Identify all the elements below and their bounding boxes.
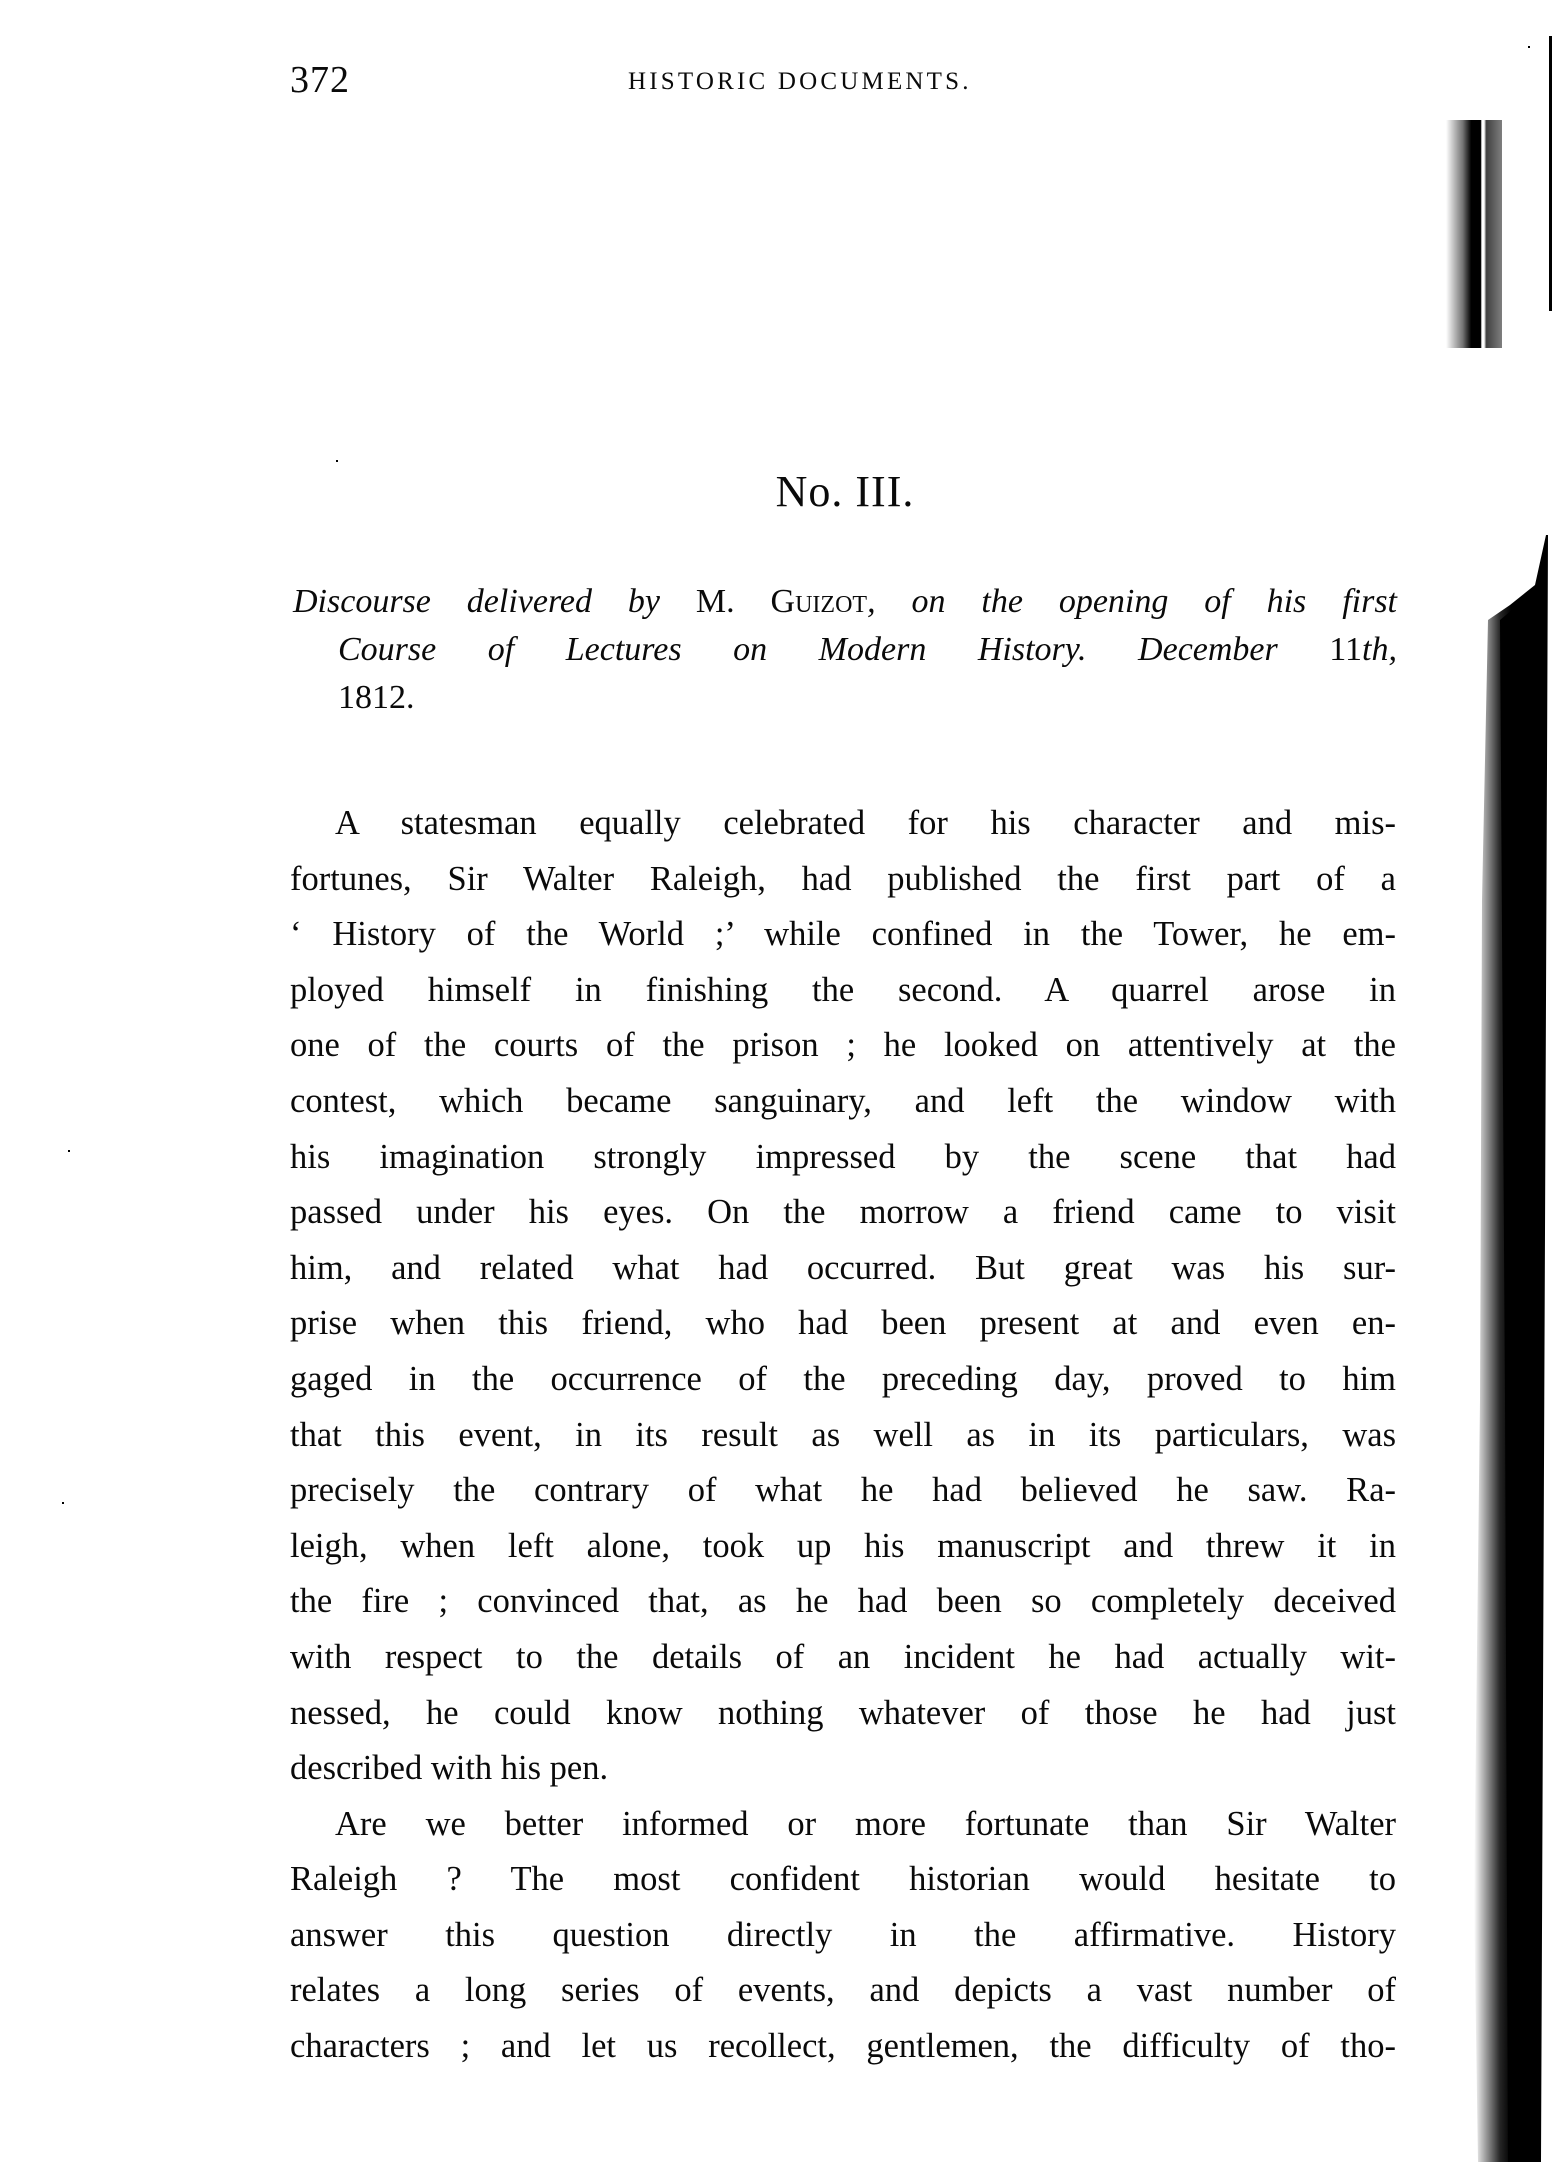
scan-speck	[1528, 46, 1530, 48]
scanned-book-page: 372 Historic Documents. No. III. Discour…	[0, 0, 1558, 2162]
scan-gutter-shadow-lower	[0, 0, 1558, 2162]
scan-speck	[62, 1502, 64, 1504]
scan-speck	[336, 460, 338, 462]
scan-speck	[68, 1150, 70, 1152]
